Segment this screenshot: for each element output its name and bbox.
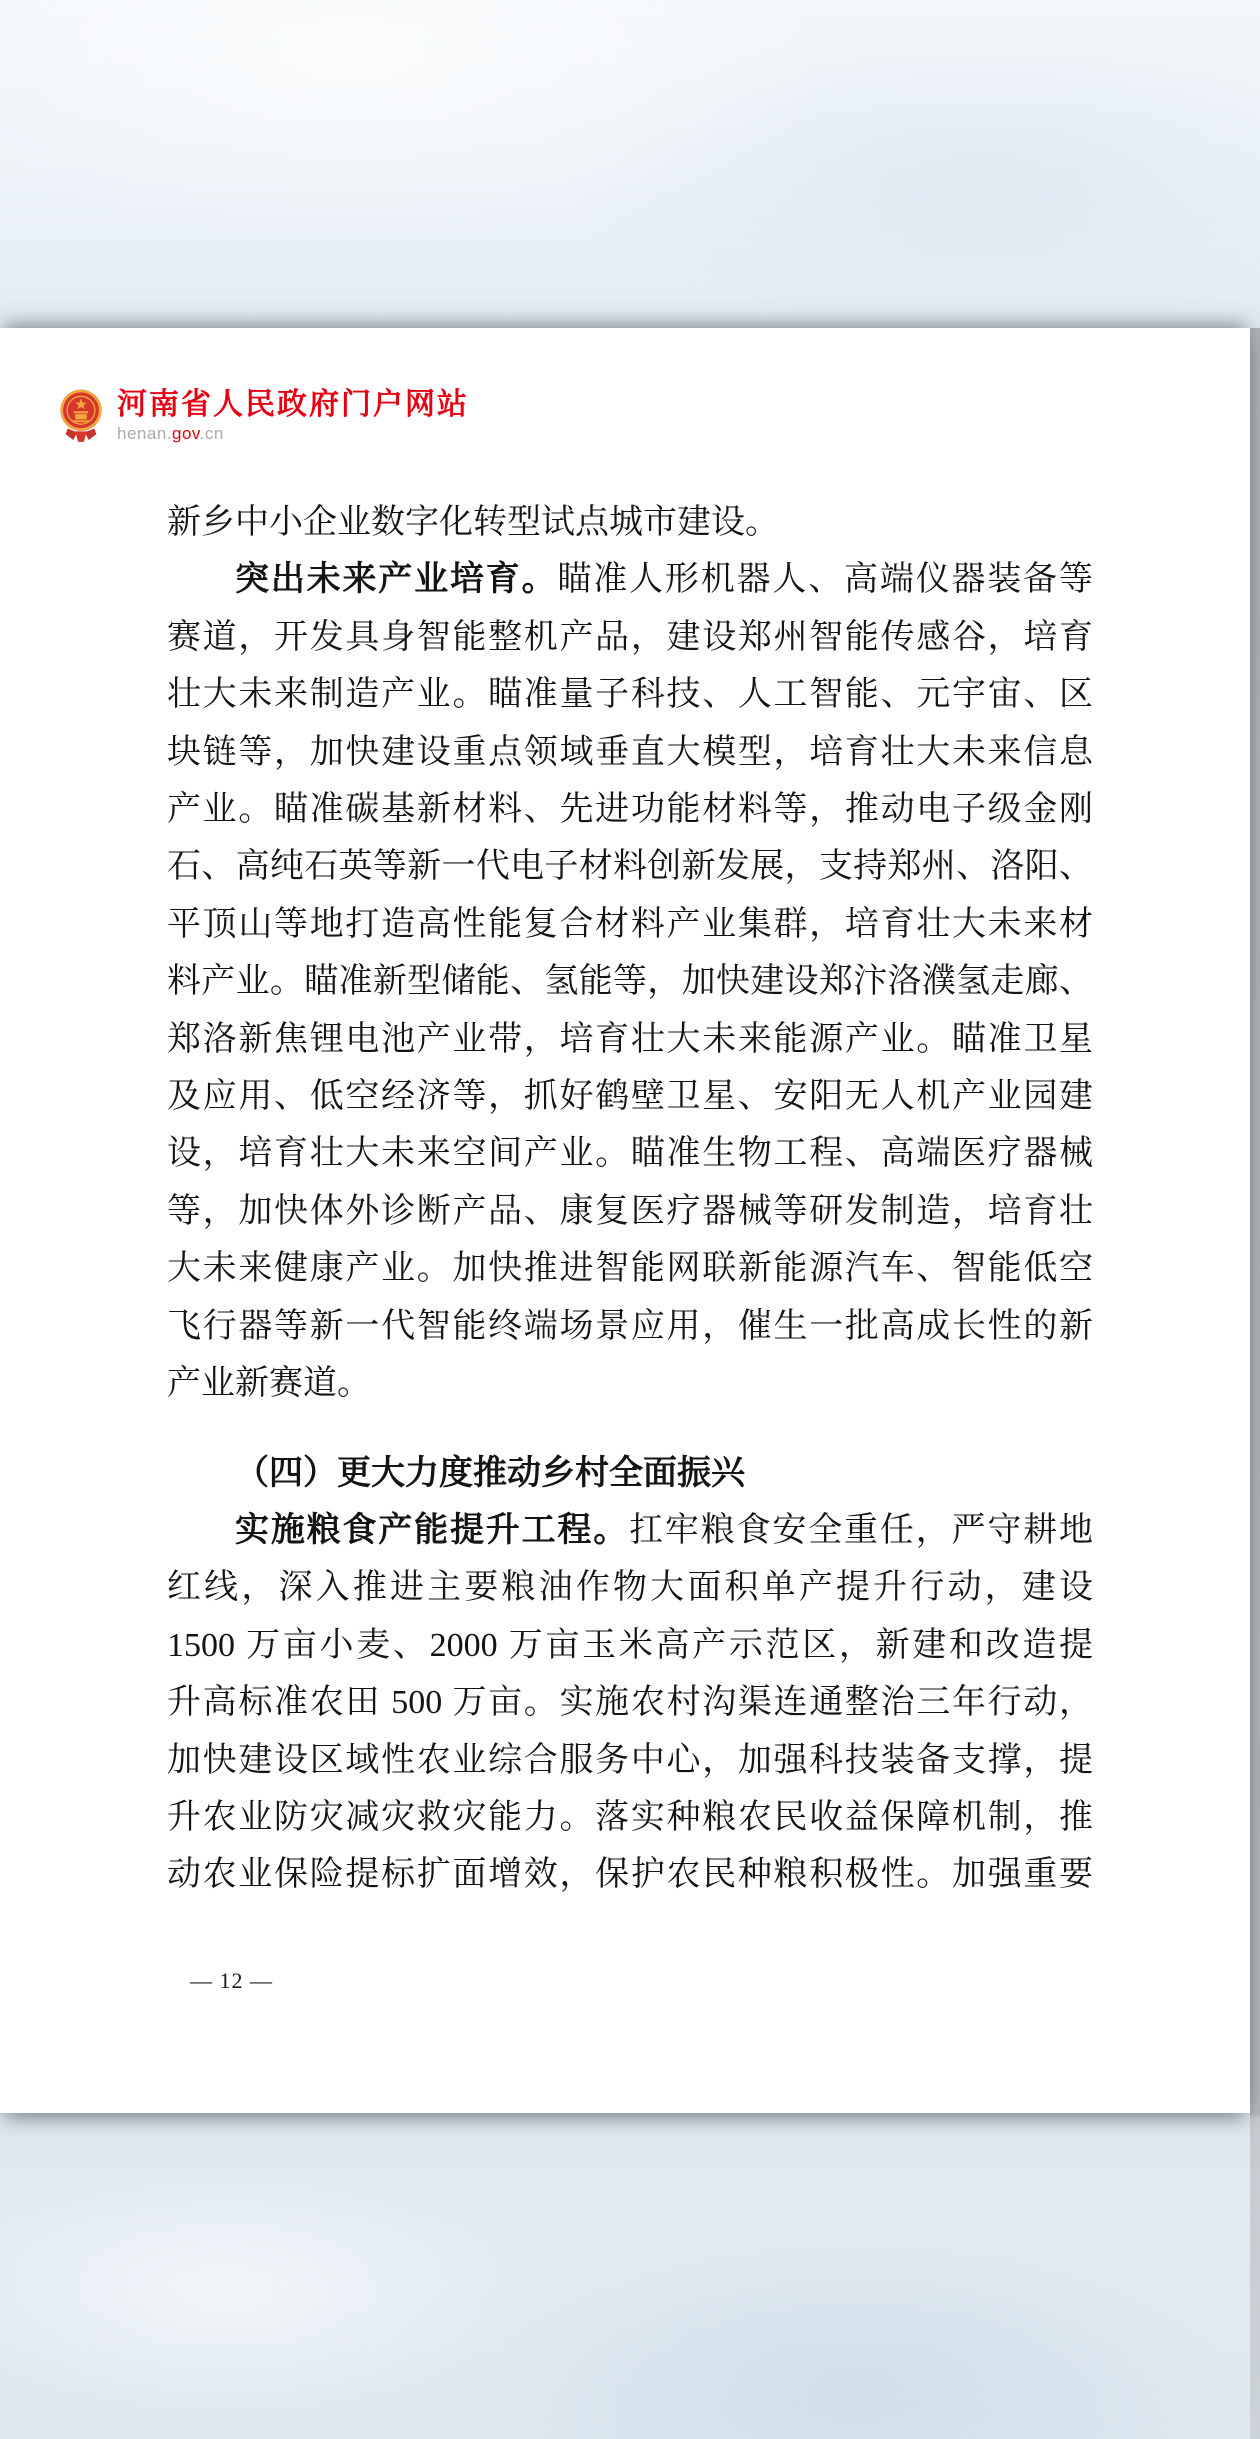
text-line: 壮大未来制造产业。瞄准量子科技、人工智能、元宇宙、区 xyxy=(167,666,1093,723)
site-title-block: 河南省人民政府门户网站 henan.gov.cn xyxy=(117,388,469,444)
domain-gov: gov xyxy=(172,424,200,443)
text-line: 新乡中小企业数字化转型试点城市建设。 xyxy=(167,494,1093,551)
backdrop-top xyxy=(0,0,1260,328)
text-line: 设，培育壮大未来空间产业。瞄准生物工程、高端医疗器械 xyxy=(167,1125,1093,1182)
text-line: 赛道，开发具身智能整机产品，建设郑州智能传感谷，培育 xyxy=(167,609,1093,666)
text-line: 郑洛新焦锂电池产业带，培育壮大未来能源产业。瞄准卫星 xyxy=(167,1011,1093,1068)
text-line: 产业。瞄准碳基新材料、先进功能材料等，推动电子级金刚 xyxy=(167,781,1093,838)
document-page: 河南省人民政府门户网站 henan.gov.cn 新乡中小企业数字化转型试点城市… xyxy=(0,328,1250,2113)
text-line: 红线，深入推进主要粮油作物大面积单产提升行动，建设 xyxy=(167,1559,1093,1616)
text-line: 飞行器等新一代智能终端场景应用，催生一批高成长性的新 xyxy=(167,1298,1093,1355)
paragraph-lead-bold: 突出未来产业培育。 xyxy=(235,560,557,598)
text-line: 块链等，加快建设重点领域垂直大模型，培育壮大未来信息 xyxy=(167,724,1093,781)
text-line: 及应用、低空经济等，抓好鹤壁卫星、安阳无人机产业园建 xyxy=(167,1068,1093,1125)
text-line: 实施粮食产能提升工程。扛牢粮食安全重任，严守耕地 xyxy=(167,1502,1093,1559)
text-line: 平顶山等地打造高性能复合材料产业集群，培育壮大未来材 xyxy=(167,896,1093,953)
paragraph-lead-bold: 实施粮食产能提升工程。 xyxy=(235,1511,629,1549)
domain-suffix: .cn xyxy=(200,424,224,443)
china-national-emblem-icon xyxy=(58,388,104,444)
text-line: 1500 万亩小麦、2000 万亩玉米高产示范区，新建和改造提 xyxy=(167,1617,1093,1674)
backdrop-bottom xyxy=(0,2113,1260,2439)
text-line: 突出未来产业培育。瞄准人形机器人、高端仪器装备等 xyxy=(167,551,1093,608)
viewer-edge-strip xyxy=(1250,328,1260,2439)
document-body: 新乡中小企业数字化转型试点城市建设。突出未来产业培育。瞄准人形机器人、高端仪器装… xyxy=(167,494,1093,1904)
text-line: 加快建设区域性农业综合服务中心，加强科技装备支撑，提 xyxy=(167,1732,1093,1789)
page-number: — 12 — xyxy=(190,1968,273,1994)
section-heading: （四）更大力度推动乡村全面振兴 xyxy=(167,1445,1093,1502)
text-line: 产业新赛道。 xyxy=(167,1355,1093,1412)
text-line: 升农业防灾减灾救灾能力。落实种粮农民收益保障机制，推 xyxy=(167,1789,1093,1846)
site-title: 河南省人民政府门户网站 xyxy=(117,388,469,422)
text-line: 石、高纯石英等新一代电子材料创新发展，支持郑州、洛阳、 xyxy=(167,838,1093,895)
site-domain: henan.gov.cn xyxy=(117,424,469,444)
text-line: 大未来健康产业。加快推进智能网联新能源汽车、智能低空 xyxy=(167,1240,1093,1297)
text-line: 料产业。瞄准新型储能、氢能等，加快建设郑汴洛濮氢走廊、 xyxy=(167,953,1093,1010)
text-line: 动农业保险提标扩面增效，保护农民种粮积极性。加强重要 xyxy=(167,1846,1093,1903)
domain-prefix: henan. xyxy=(117,424,172,443)
text-line: 升高标准农田 500 万亩。实施农村沟渠连通整治三年行动， xyxy=(167,1674,1093,1731)
text-line: 等，加快体外诊断产品、康复医疗器械等研发制造，培育壮 xyxy=(167,1183,1093,1240)
site-header: 河南省人民政府门户网站 henan.gov.cn xyxy=(58,388,469,444)
